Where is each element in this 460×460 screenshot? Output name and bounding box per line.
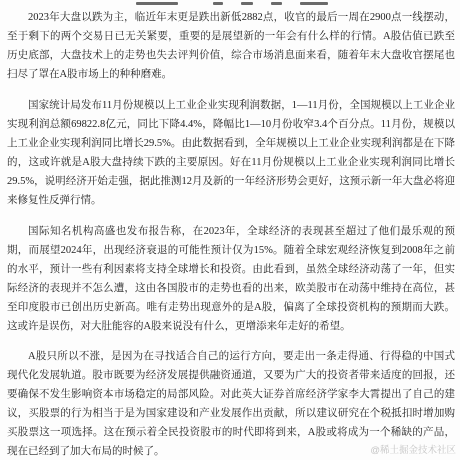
article-paragraph-3: 国际知名机构高盛也发布报告称，在2023年，全球经济的表现甚至超过了他们最乐观的… [7,222,455,336]
article-paragraph-4: A股只所以不涨，是因为在寻找适合自己的运行方向，要走出一条走得通、行得稳的中国式… [7,347,455,460]
community-watermark: @稀土掘金技术社区 [370,445,456,457]
article-body: 2023年大盘以跌为主，临近年末更是跌出新低2882点，收官的最后一周在2900… [7,5,455,460]
article-paragraph-1: 2023年大盘以跌为主，临近年末更是跌出新低2882点，收官的最后一周在2900… [7,8,455,84]
article-page: 2023年大盘以跌为主，临近年末更是跌出新低2882点，收官的最后一周在2900… [0,0,460,460]
article-paragraph-2: 国家统计局发布11月份规模以上工业企业实现利润数据，1—11月份，全国规模以上工… [7,96,455,210]
